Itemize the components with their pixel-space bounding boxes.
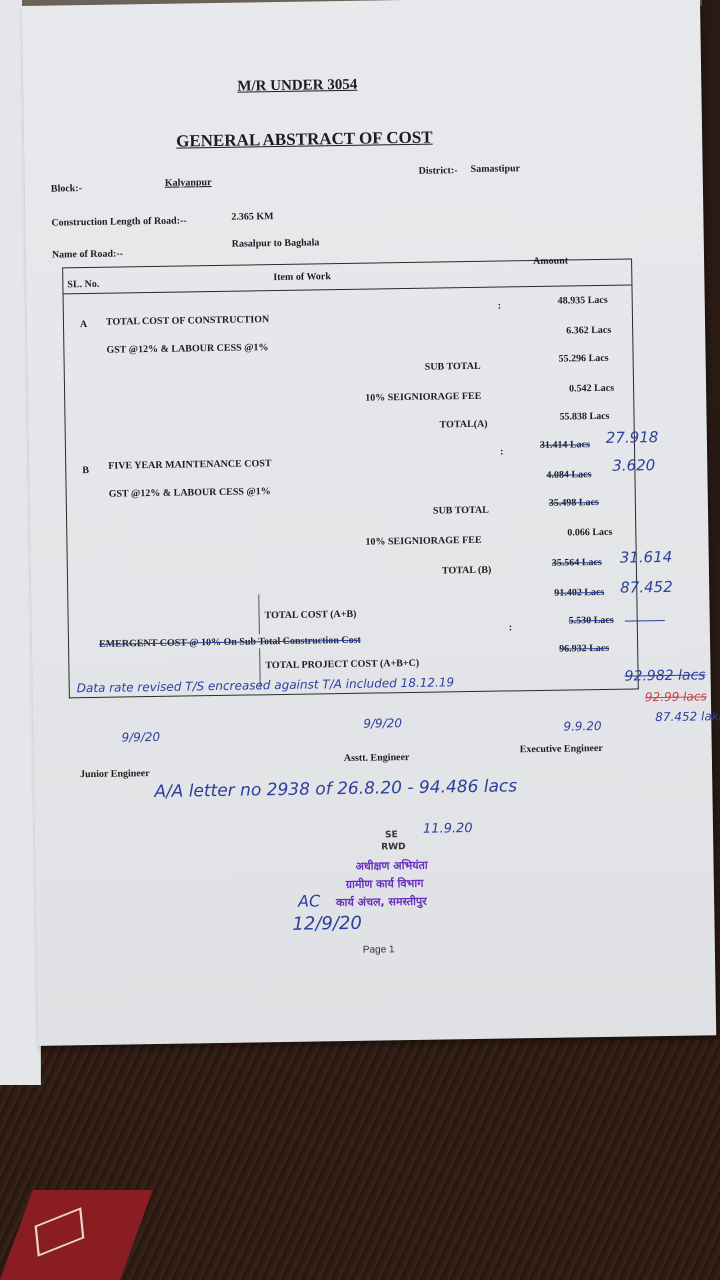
- district-label: District:-: [419, 165, 458, 177]
- section-b-gst-revised: 3.620: [612, 456, 655, 475]
- length-label: Construction Length of Road:--: [51, 215, 186, 228]
- section-b-maintenance-struck: 31.414 Lacs: [540, 439, 590, 451]
- section-a-total-label: TOTAL(A): [440, 419, 488, 431]
- header-item: Item of Work: [273, 271, 331, 283]
- divider: [258, 594, 260, 634]
- section-a-total-amount: 55.838 Lacs: [559, 411, 609, 423]
- total-ab-revised: 87.452: [620, 578, 673, 597]
- section-b-gst-struck: 4.084 Lacs: [546, 469, 591, 481]
- handwritten-final-amount: 87.452 lakh: [655, 709, 720, 724]
- handwritten-aa-note: A/A letter no 2938 of 26.8.20 - 94.486 l…: [154, 776, 517, 802]
- colon: :: [498, 301, 502, 312]
- section-b-seigniorage-amount: 0.066 Lacs: [567, 527, 612, 539]
- section-b-total-revised: 31.614: [620, 548, 673, 567]
- total-ab-label: TOTAL COST (A+B): [265, 609, 357, 621]
- stamp-line-2: ग्रामीण कार्य विभाग: [346, 876, 424, 892]
- section-b-subtotal-struck: 35.498 Lacs: [549, 497, 599, 509]
- document-title: M/R UNDER 3054: [237, 77, 357, 96]
- header-sl-no: SL. No.: [67, 279, 99, 291]
- district-value: Samastipur: [471, 163, 521, 175]
- road-label: Name of Road:--: [52, 248, 123, 260]
- handwritten-struck-red: 92.99 lacs: [645, 689, 707, 704]
- cost-table: SL. No. Item of Work Amount A TOTAL COST…: [62, 258, 639, 698]
- table-header-line: [64, 284, 632, 294]
- section-a-gst-amount: 6.362 Lacs: [566, 325, 611, 337]
- section-b-gst-label: GST @12% & LABOUR CESS @1%: [109, 486, 271, 500]
- stamp-se: SE: [385, 830, 398, 840]
- je-signature: 9/9/20: [121, 730, 160, 745]
- ac-label: AC: [298, 891, 320, 910]
- section-a-seigniorage-label: 10% SEIGNIORAGE FEE: [365, 391, 481, 404]
- block-value: Kalyanpur: [165, 177, 212, 189]
- length-value: 2.365 KM: [231, 211, 273, 223]
- road-value: Rasalpur to Baghala: [232, 237, 320, 249]
- emergent-cost-struck: 5.530 Lacs: [569, 615, 614, 627]
- page-number: Page 1: [363, 944, 395, 955]
- se-signature: 11.9.20: [423, 821, 473, 837]
- total-project-struck: 96.932 Lacs: [559, 643, 609, 655]
- stamp-line-3: कार्य अंचल, समस्तीपुर: [336, 894, 427, 910]
- header-amount: Amount: [533, 255, 568, 267]
- block-label: Block:-: [51, 183, 82, 194]
- section-a-gst-label: GST @12% & LABOUR CESS @1%: [106, 342, 268, 356]
- section-b-subtotal-label: SUB TOTAL: [433, 505, 489, 517]
- strike-line: [625, 620, 665, 622]
- section-b-seigniorage-label: 10% SEIGNIORAGE FEE: [365, 535, 481, 548]
- total-project-label: TOTAL PROJECT COST (A+B+C): [265, 658, 419, 671]
- section-b-title: FIVE YEAR MAINTENANCE COST: [108, 458, 271, 472]
- section-a-subtotal-amount: 55.296 Lacs: [559, 353, 609, 365]
- colon: :: [509, 622, 513, 633]
- handwritten-struck-blue: 92.982 lacs: [624, 667, 705, 684]
- document-subtitle: GENERAL ABSTRACT OF COST: [176, 128, 433, 152]
- stamp-line-1: अधीक्षण अभियंता: [355, 858, 427, 874]
- junior-engineer-label: Junior Engineer: [80, 768, 150, 780]
- section-a-seigniorage-amount: 0.542 Lacs: [569, 383, 614, 395]
- ae-signature: 9/9/20: [363, 716, 402, 731]
- section-b-sl: B: [82, 465, 89, 476]
- executive-engineer-label: Executive Engineer: [520, 743, 603, 755]
- asstt-engineer-label: Asstt. Engineer: [344, 752, 410, 764]
- section-a-sl: A: [80, 319, 87, 330]
- section-b-total-label: TOTAL (B): [442, 565, 492, 577]
- section-b-total-struck: 35.564 Lacs: [552, 557, 602, 569]
- total-ab-struck: 91.402 Lacs: [554, 587, 604, 599]
- document-page: M/R UNDER 3054 GENERAL ABSTRACT OF COST …: [22, 0, 716, 1046]
- section-b-maintenance-revised: 27.918: [606, 428, 659, 447]
- section-a-title: TOTAL COST OF CONSTRUCTION: [106, 314, 269, 328]
- ee-signature: 9.9.20: [563, 719, 601, 734]
- section-a-construction-amount: 48.935 Lacs: [558, 295, 608, 307]
- ac-signature-date: 12/9/20: [292, 913, 362, 935]
- section-a-subtotal-label: SUB TOTAL: [425, 361, 481, 373]
- emergent-cost-label: EMERGENT COST @ 10% On Sub Total Constru…: [99, 635, 361, 650]
- colon: :: [500, 446, 504, 457]
- stamp-rwd: RWD: [381, 842, 405, 852]
